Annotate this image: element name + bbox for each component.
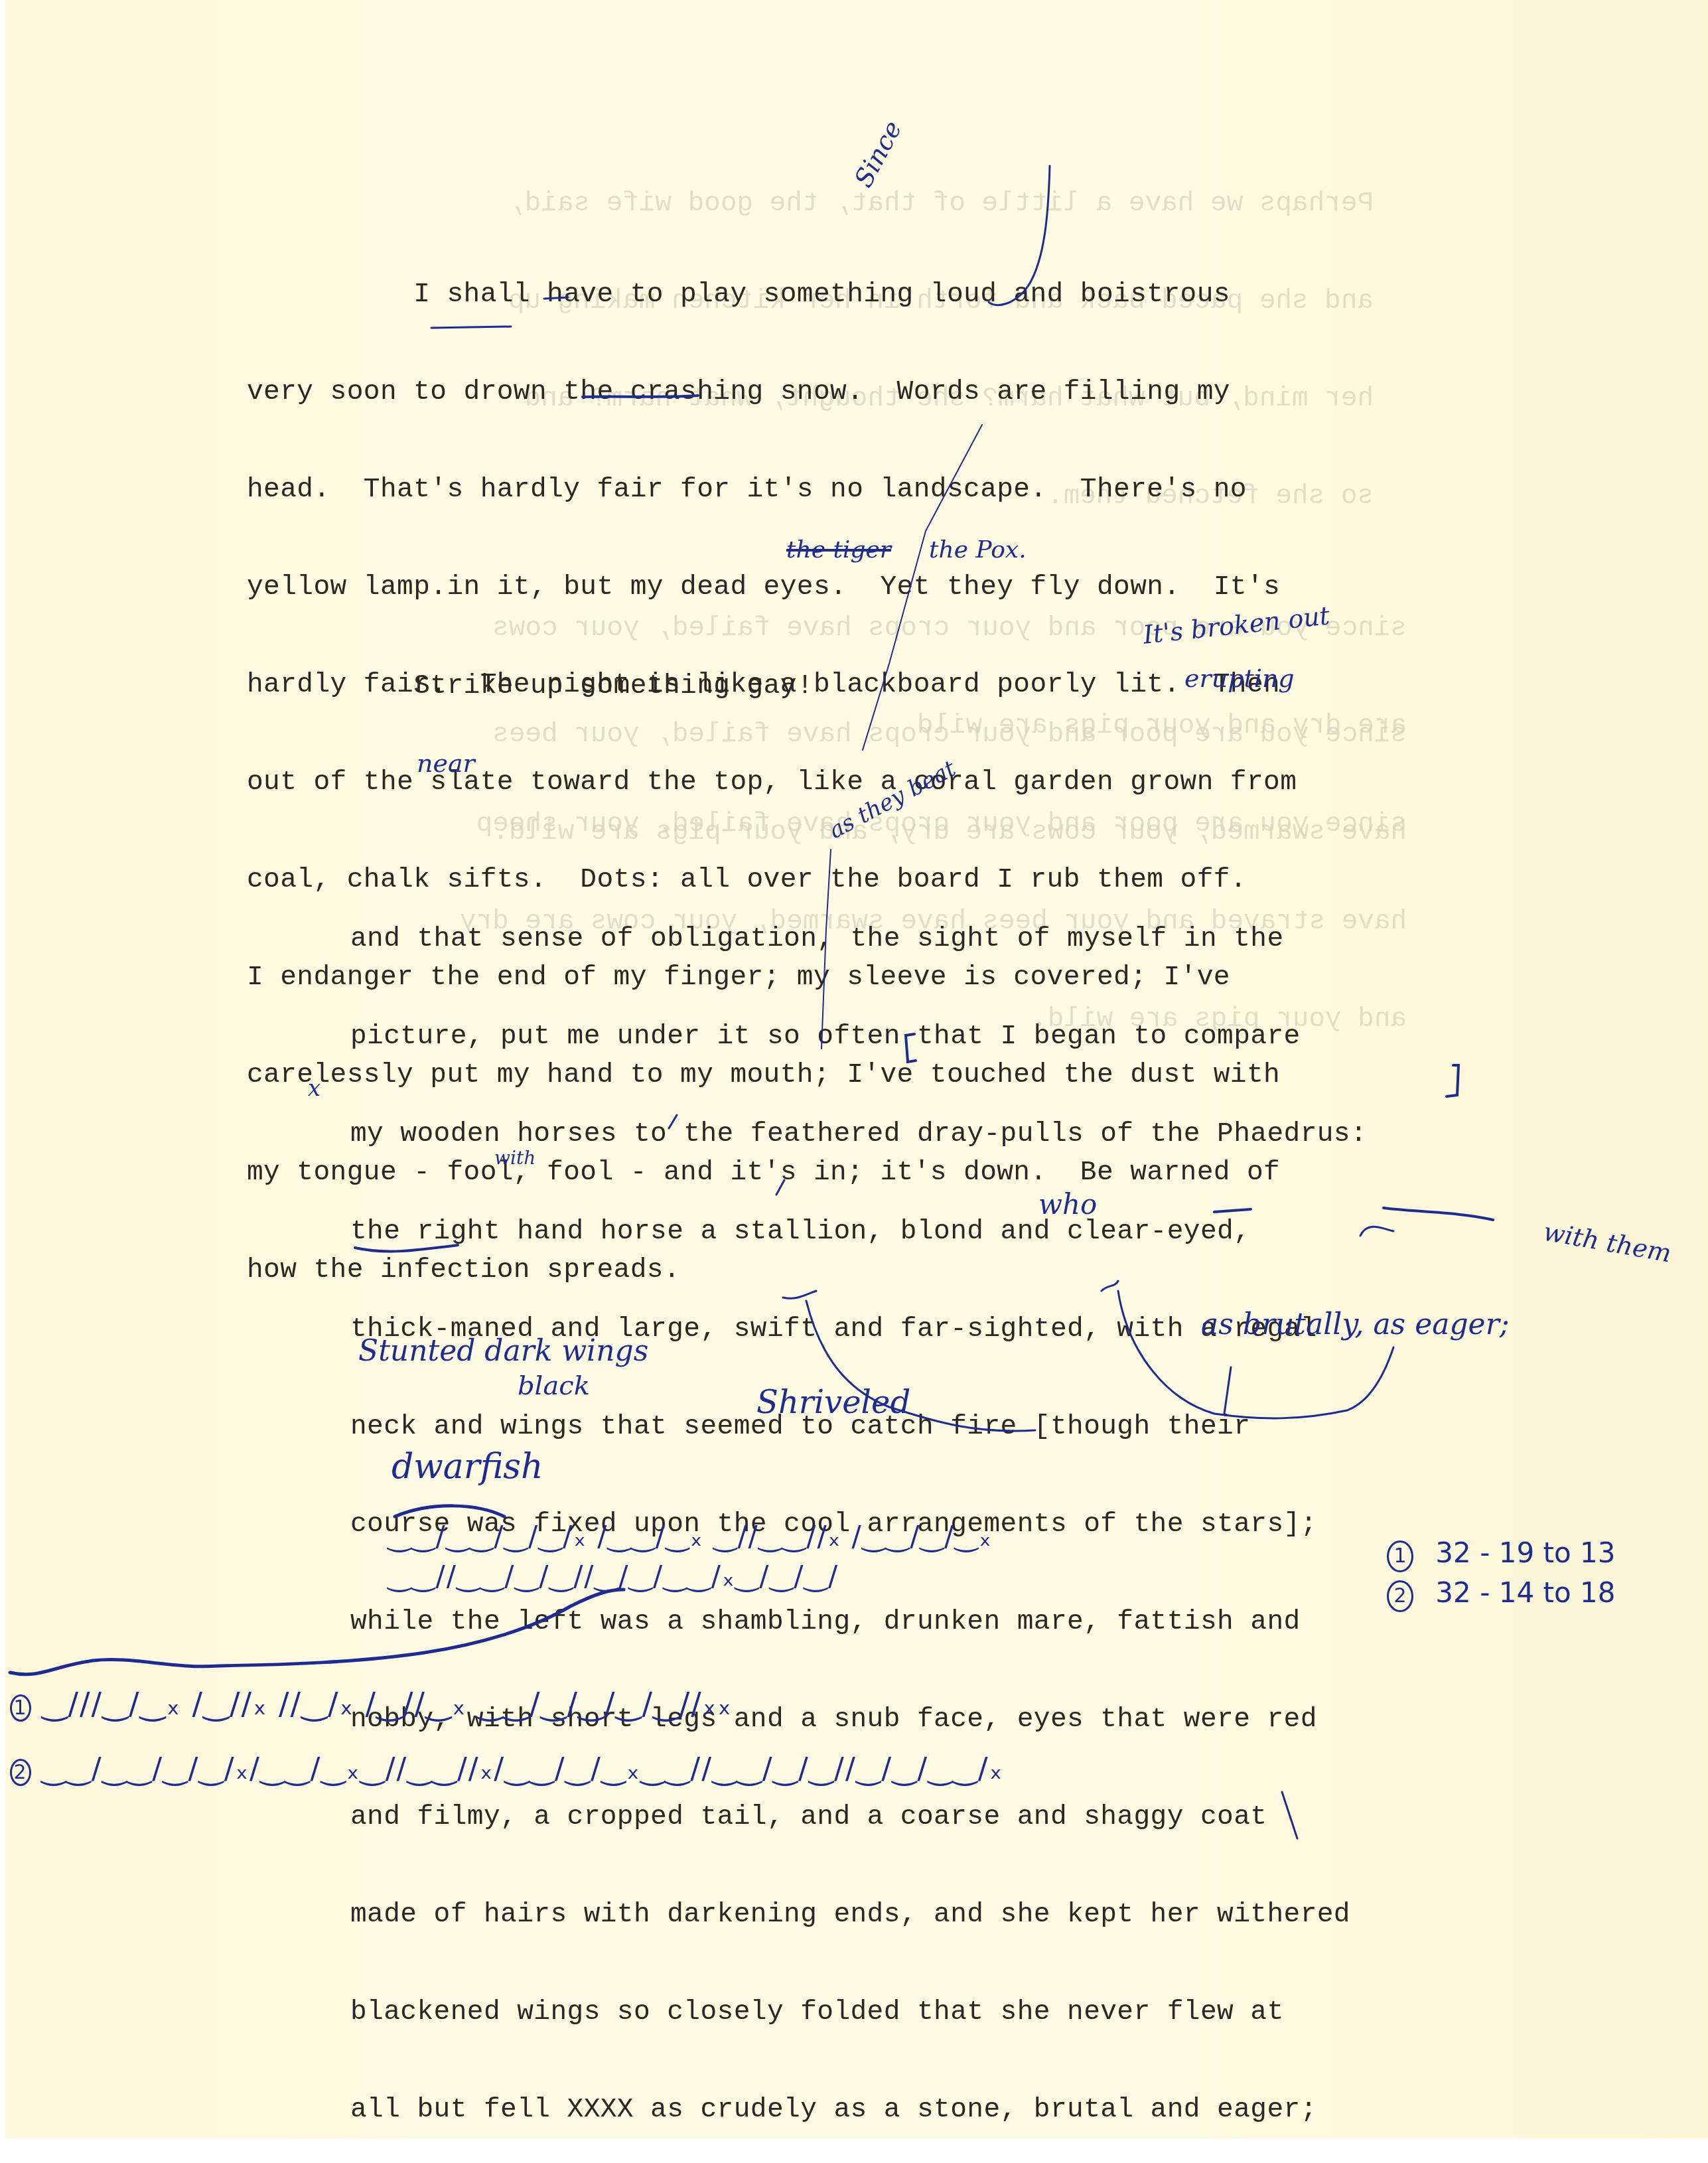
typed-line: out of the slate toward the top, like a … [247,767,1297,799]
typed-line: while the left was a shambling, drunken … [350,1606,1367,1639]
typed-line: made of hairs with darkening ends, and s… [350,1899,1367,1931]
typed-line: very soon to drown the crashing snow. Wo… [247,376,1297,409]
annotation-near: near [417,749,475,778]
scansion-top-line-1: ‿‿/‿‿/‿/‿/ₓ /‿‿/‿ₓ ‿//‿‿//ₓ /‿‿/‿/‿ₓ [388,1520,993,1552]
typed-line: head. That's hardly fair for it's no lan… [247,474,1297,506]
typed-line: all but fell XXXX as crudely as a stone,… [350,2094,1367,2126]
annotation-the-tiger-struck: the tiger [786,536,891,563]
annotation-with: with [494,1147,535,1169]
scansion-top-line-2: ‿‿//‿‿/‿/‿//‿/‿/‿‿/ₓ‿/‿/‿/ [388,1560,839,1592]
count-item-1: 1 32 - 19 to 13 [1387,1536,1615,1572]
annotation-dwarfish: dwarfish [391,1447,543,1487]
typed-paragraph-2: and that sense of obligation, the sight … [350,858,1367,2159]
typed-line: blackened wings so closely folded that s… [350,1996,1367,2029]
annotation-shriveled: Shriveled [756,1384,910,1421]
annotation-erupting: erupting [1184,664,1295,693]
annotation-the-pox: the Pox. [929,536,1027,563]
count-item-2: 2 32 - 14 to 18 [1387,1576,1615,1612]
typed-line: and filmy, a cropped tail, and a coarse … [350,1801,1367,1834]
typed-line: I shall have to play something loud and … [247,279,1297,311]
typed-line: picture, put me under it so often that I… [350,1021,1367,1053]
annotation-as-brutally-as-eager: as brutally, as eager; [1201,1307,1510,1341]
typed-line: yellow lamp.in it, but my dead eyes. Yet… [247,571,1297,604]
scansion-line-1-label: 1 [10,1694,31,1722]
scansion-line-2-label: 2 [10,1759,31,1786]
annotation-who: who [1038,1188,1097,1221]
typed-line: and that sense of obligation, the sight … [350,923,1367,956]
annotation-stunted-dark-wings: Stunted dark wings [358,1334,648,1368]
typed-line: my wooden horses to the feathered dray-p… [350,1118,1367,1151]
typed-line: the right hand horse a stallion, blond a… [350,1216,1367,1248]
typed-closing-line: Strike up something gay! [247,605,814,735]
annotation-black: black [518,1371,590,1401]
scansion-line-2: 2 ‿‿/‿‿/‿/‿/ₓ/‿‿/‿ₓ‿//‿‿//ₓ/‿‿/‿/‿ₓ‿‿//‿… [10,1752,1003,1786]
margin-x-mark: x [308,1075,320,1102]
scansion-line-1: 1 ‿///‿/‿ₓ /‿//ₓ //‿/ₓ /‿//‿ₓ ‿‿/‿/‿/‿/‿… [10,1686,733,1722]
